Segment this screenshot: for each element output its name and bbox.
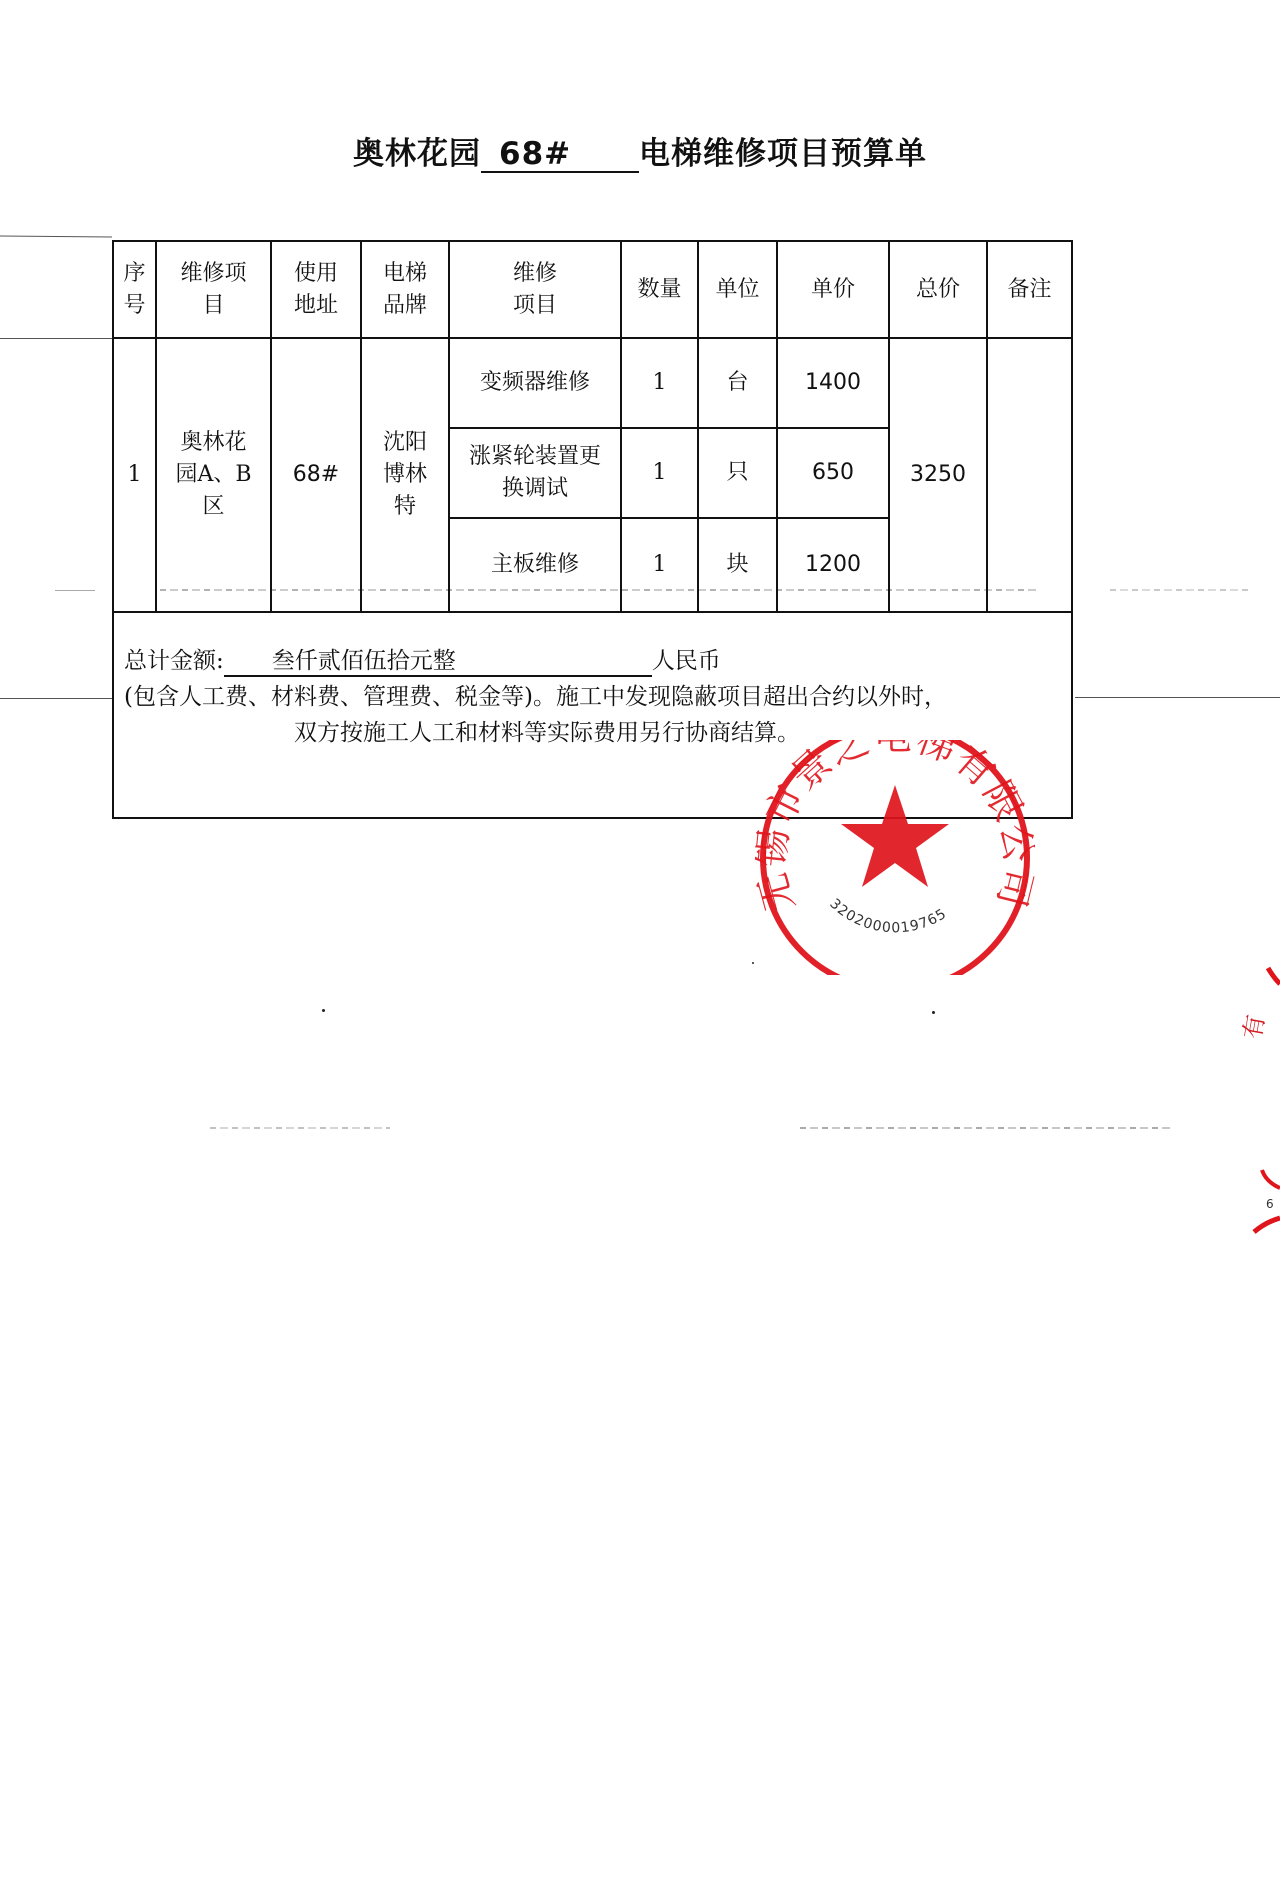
cell-unit: 块 (698, 518, 777, 612)
header-brand: 电梯 品牌 (361, 241, 449, 338)
scan-speck (322, 1009, 325, 1012)
header-total-price: 总价 (889, 241, 987, 338)
scan-speck (932, 1011, 935, 1014)
cell-unit-price: 650 (777, 428, 889, 518)
scan-artifact-line (1075, 697, 1280, 698)
header-repair-project: 维修 项目 (449, 241, 621, 338)
header-repair-item: 维修项 目 (156, 241, 271, 338)
seal-registration-number: 3202000019765 (826, 896, 949, 937)
table-footer-row: 总计金额:叁仟贰佰伍拾元整人民币 (包含人工费、材料费、管理费、税金等)。施工中… (113, 612, 1072, 818)
header-seq: 序 号 (113, 241, 156, 338)
scan-artifact-line (0, 236, 112, 238)
currency-label: 人民币 (652, 648, 721, 674)
scan-speck (752, 962, 754, 964)
cell-project: 涨紧轮装置更 换调试 (449, 428, 621, 518)
cell-quantity: 1 (621, 338, 698, 428)
svg-text:3202000019765: 3202000019765 (826, 896, 949, 937)
cell-brand: 沈阳 博林 特 (361, 338, 449, 612)
budget-table: 序 号 维修项 目 使用 地址 电梯 品牌 维修 项目 数量 单位 单价 总价 … (112, 240, 1073, 819)
scan-artifact-line (1110, 589, 1250, 591)
scan-artifact-line (0, 698, 112, 699)
scan-artifact-line (800, 1127, 1170, 1129)
scan-artifact-line (210, 1127, 390, 1129)
title-suffix: 电梯维修项目预算单 (639, 136, 927, 172)
cell-unit-price: 1200 (777, 518, 889, 612)
document-title: 奥林花园68#电梯维修项目预算单 (0, 128, 1280, 173)
title-prefix: 奥林花园 (353, 136, 481, 172)
cell-address: 68# (271, 338, 361, 612)
cell-quantity: 1 (621, 428, 698, 518)
cell-project: 变频器维修 (449, 338, 621, 428)
terms-note-line1: (包含人工费、材料费、管理费、税金等)。施工中发现隐蔽项目超出合约以外时， (124, 684, 947, 710)
total-summary: 总计金额:叁仟贰佰伍拾元整人民币 (包含人工费、材料费、管理费、税金等)。施工中… (113, 612, 1072, 818)
header-address: 使用 地址 (271, 241, 361, 338)
title-building-number: 68# (481, 138, 639, 173)
header-remarks: 备注 (987, 241, 1072, 338)
cell-total-price: 3250 (889, 338, 987, 612)
cell-unit: 只 (698, 428, 777, 518)
cell-seq: 1 (113, 338, 156, 612)
cell-repair-item: 奥林花 园A、B 区 (156, 338, 271, 612)
scan-artifact-line (55, 590, 95, 591)
total-amount-words: 叁仟贰佰伍拾元整 (224, 647, 652, 677)
svg-text:6: 6 (1266, 1197, 1274, 1211)
cell-unit-price: 1400 (777, 338, 889, 428)
cell-quantity: 1 (621, 518, 698, 612)
table-header-row: 序 号 维修项 目 使用 地址 电梯 品牌 维修 项目 数量 单位 单价 总价 … (113, 241, 1072, 338)
cell-project: 主板维修 (449, 518, 621, 612)
edge-seal-fragment: 有 6 (1240, 960, 1280, 1240)
cell-unit: 台 (698, 338, 777, 428)
header-quantity: 数量 (621, 241, 698, 338)
terms-note-line2: 双方按施工人工和材料等实际费用另行协商结算。 (124, 715, 1061, 751)
svg-text:有: 有 (1240, 1013, 1270, 1041)
table-row: 1 奥林花 园A、B 区 68# 沈阳 博林 特 变频器维修 1 台 1400 … (113, 338, 1072, 428)
total-label: 总计金额: (124, 648, 224, 674)
header-unit-price: 单价 (777, 241, 889, 338)
cell-remarks (987, 338, 1072, 612)
header-unit: 单位 (698, 241, 777, 338)
scan-artifact-line (0, 338, 112, 339)
